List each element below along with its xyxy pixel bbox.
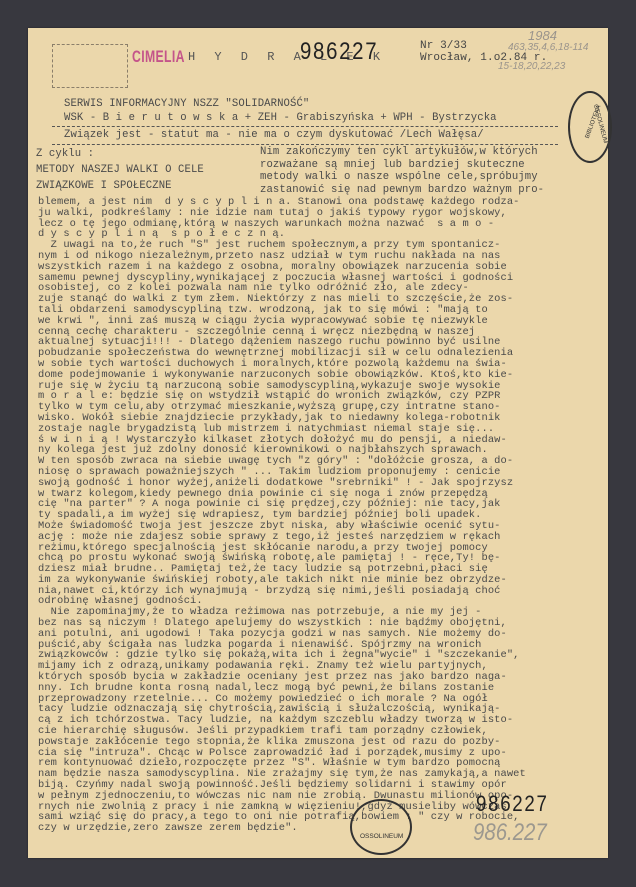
empty-box-stamp bbox=[52, 44, 128, 88]
ossolineum-stamp-text: OSSOLINEUM bbox=[360, 833, 403, 840]
intro-line: metody walki o nasze wspólne cele,spróbu… bbox=[260, 171, 544, 184]
divider bbox=[52, 126, 558, 127]
catalog-number: 986227 bbox=[300, 38, 378, 66]
article-heading: Z cyklu : METODY NASZEJ WALKI O CELE ZWI… bbox=[36, 146, 204, 194]
masthead-line2: WSK - B i e r u t o w s k a + ZEH - Grab… bbox=[64, 112, 497, 124]
masthead-line1: SERWIS INFORMACYJNY NSZZ "SOLIDARNOŚĆ" bbox=[64, 98, 309, 110]
body-line: zostaje nagle brygadzistą lub mistrzem i… bbox=[38, 424, 526, 435]
library-round-stamp: BIBLIOTEKA OSSOLINEUM bbox=[568, 91, 612, 163]
body-line: swoją godność i honor wyżej,aniżeli doda… bbox=[38, 478, 526, 489]
body-line: ację : może nie zdajesz sobie sprawy z t… bbox=[38, 532, 526, 543]
body-line: czy w urzędzie,zero zawsze zerem będzie"… bbox=[38, 823, 526, 834]
document-page: CIMELIA H Y D R A L E K 986227 Nr 3/33 W… bbox=[28, 28, 608, 858]
intro-line: rozważane są mniej lub bardziej skuteczn… bbox=[260, 159, 544, 172]
pencil-year: 1984 bbox=[528, 28, 557, 43]
intro-line: zastanowić się nad pewnym bardzo ważnym … bbox=[260, 184, 544, 197]
article-body: blemem, a jest nim d y s c y p l i n a. … bbox=[38, 197, 526, 834]
article-title-line1: METODY NASZEJ WALKI O CELE bbox=[36, 162, 204, 178]
cimelia-stamp: CIMELIA bbox=[132, 47, 185, 67]
intro-line: Nim zakończymy ten cykl artykułów,w któr… bbox=[260, 146, 544, 159]
ossolineum-stamp: OSSOLINEUM bbox=[350, 799, 412, 855]
catalog-number-typed: 986227 bbox=[476, 791, 549, 817]
series-label: Z cyklu : bbox=[36, 146, 204, 162]
divider bbox=[52, 144, 558, 145]
catalog-number-pencil: 986.227 bbox=[473, 819, 547, 847]
article-intro: Nim zakończymy ten cykl artykułów,w któr… bbox=[260, 146, 544, 196]
body-line: we krwi ", inni zaś muszą w ciągu życia … bbox=[38, 316, 526, 327]
pencil-ref-2: 15-18,20,22,23 bbox=[498, 61, 565, 72]
body-line: ju walki, podkreślamy : nie idzie nam tu… bbox=[38, 208, 526, 219]
motto: Związek jest - statut ma - nie ma o czym… bbox=[64, 129, 484, 141]
body-line: dome podejmowanie i wykonywanie narzucon… bbox=[38, 370, 526, 381]
body-line: wszystkich razem i na każdego z osobna, … bbox=[38, 262, 526, 273]
pencil-ref-1: 463,35,4,6,18-114 bbox=[508, 42, 588, 53]
body-line: w pełnym zjednoczeniu,to wówczas nic nam… bbox=[38, 791, 526, 802]
article-title-line2: ZWIĄZKOWE I SPOŁECZNE bbox=[36, 178, 204, 194]
